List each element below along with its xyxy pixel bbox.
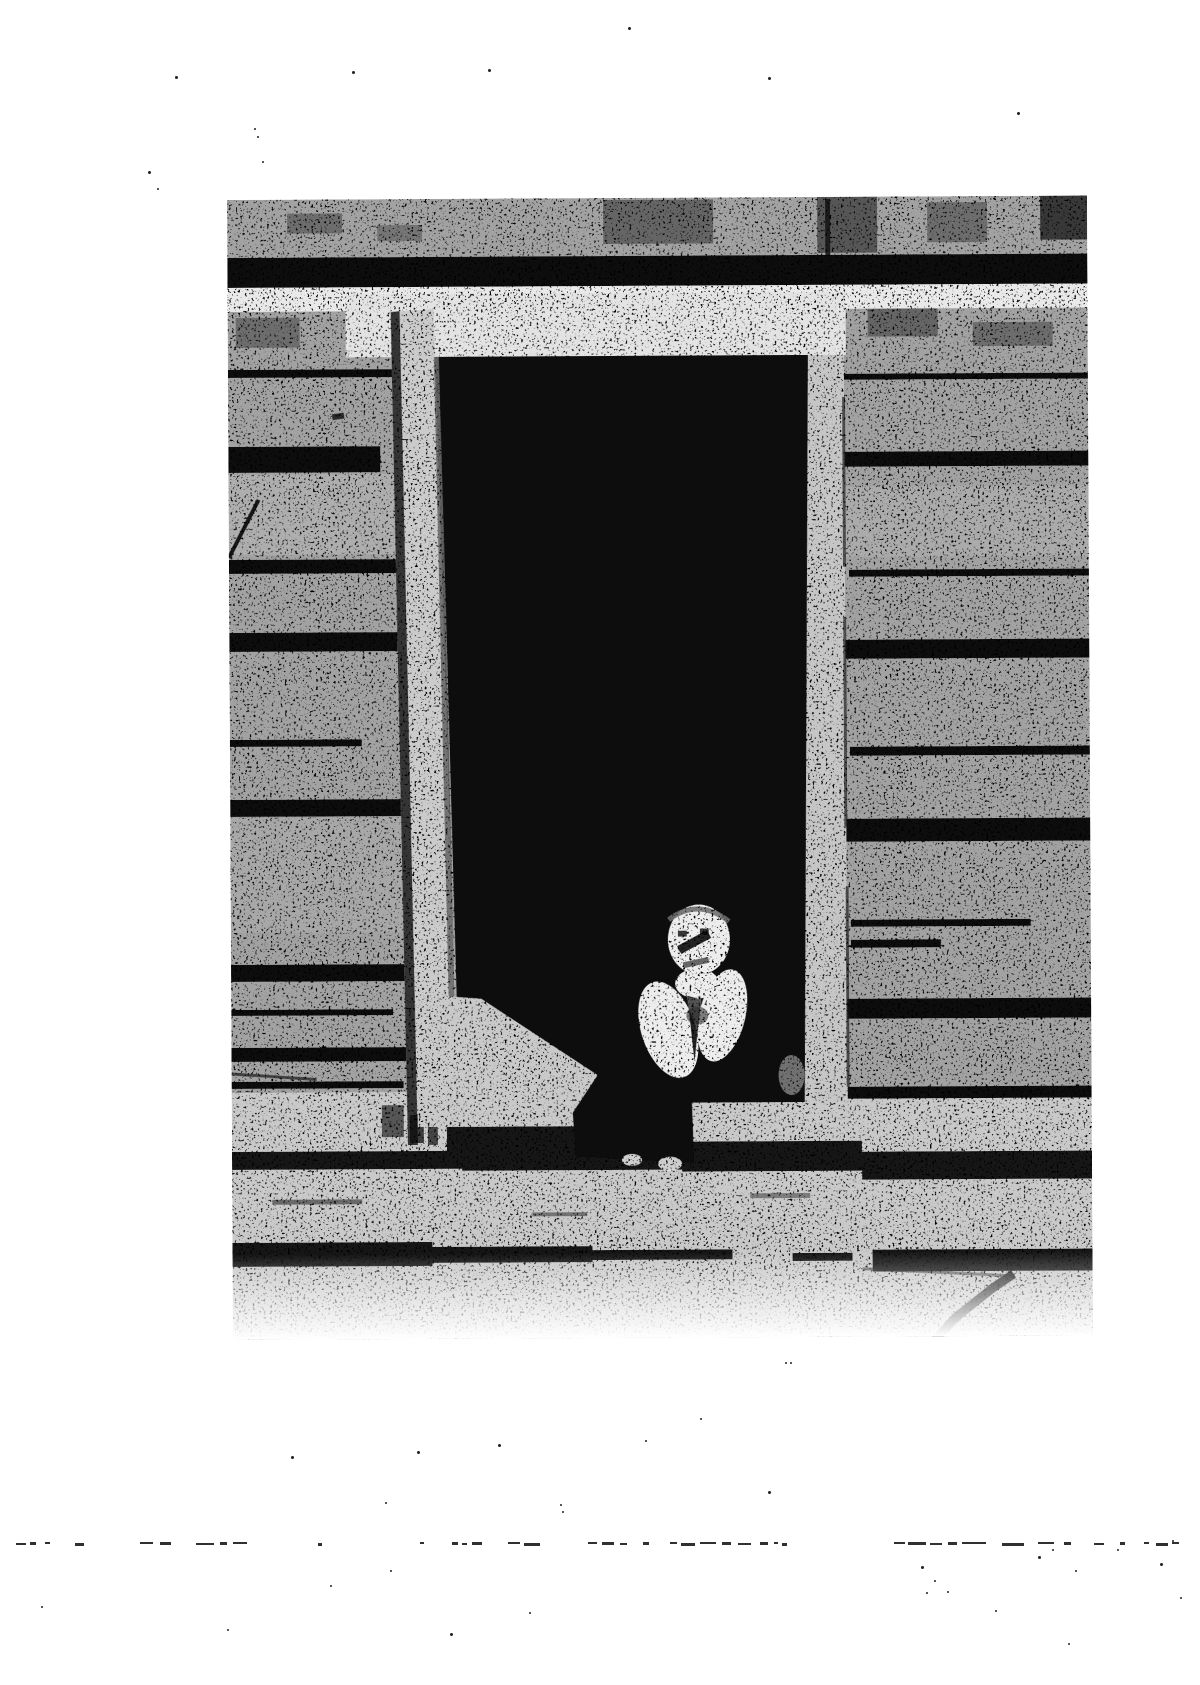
wall-dark-patch: [868, 308, 938, 336]
wall-dark-patch: [236, 318, 300, 348]
door-right-jamb: [801, 355, 848, 1102]
scan-dashed-line-segment: [16, 1543, 26, 1545]
doorway-dark: [439, 355, 812, 1104]
scan-dashed-line-segment: [233, 1542, 247, 1544]
scan-speck: [1017, 112, 1020, 115]
scan-speck: [1075, 1570, 1077, 1572]
chink-band: [849, 568, 1089, 576]
scan-dashed-line-segment: [1094, 1543, 1104, 1545]
scan-speck: [529, 1612, 531, 1614]
ground-shadow-band: [862, 1150, 1092, 1179]
scan-dashed-line-segment: [930, 1543, 942, 1545]
halftone-photograph: [227, 195, 1093, 1339]
scan-speck: [768, 77, 771, 80]
chink-band: [228, 446, 380, 473]
scan-speck: [262, 161, 264, 163]
chink-band: [232, 1081, 404, 1089]
threshold-shadow: [572, 1098, 694, 1164]
scan-speck: [390, 1570, 392, 1572]
scan-dashed-line-segment: [1064, 1542, 1071, 1545]
scan-dashed-line-segment: [1120, 1542, 1125, 1545]
scan-speck: [700, 1418, 702, 1420]
scan-speck: [1117, 1549, 1119, 1551]
chink-band: [842, 638, 1089, 658]
chink-band: [231, 1047, 419, 1062]
scan-speck: [947, 1591, 949, 1593]
wall-dark-patch: [1040, 195, 1087, 239]
chink-band: [844, 997, 1091, 1018]
chink-band: [841, 450, 1088, 466]
chink-band: [231, 964, 413, 982]
scan-dashed-line-segment: [75, 1543, 84, 1546]
scan-speck: [790, 1362, 792, 1364]
scan-dashed-line-segment: [1172, 1542, 1179, 1544]
scan-speck: [254, 128, 256, 130]
scan-dashed-line-segment: [602, 1542, 614, 1545]
scan-speck: [628, 27, 631, 30]
scan-speck: [768, 1491, 771, 1494]
scan-dashed-line-segment: [1144, 1542, 1149, 1544]
child-torso-shadow: [686, 1006, 708, 1024]
scan-dashed-line-segment: [452, 1542, 458, 1545]
scan-dashed-line-segment: [45, 1542, 50, 1544]
scan-speck: [148, 171, 151, 174]
scan-dashed-line-segment: [738, 1543, 751, 1545]
child-foot: [622, 1154, 642, 1166]
ground-mark: [272, 1199, 362, 1204]
scan-dashed-line-segment: [318, 1543, 322, 1546]
scan-speck: [921, 1566, 924, 1569]
scanned-page: [0, 0, 1200, 1685]
chink-band: [848, 1085, 1092, 1098]
chink-band: [843, 817, 1090, 841]
scan-dashed-line-segment: [1156, 1543, 1168, 1546]
scan-speck: [926, 1592, 928, 1594]
wall-dark-patch: [603, 199, 713, 244]
scan-dashed-line-segment: [472, 1542, 482, 1545]
chink-band: [230, 799, 410, 817]
scan-dashed-line-segment: [1002, 1543, 1024, 1546]
scan-speck: [1052, 1549, 1054, 1551]
scan-dashed-line-segment: [774, 1542, 778, 1544]
scan-speck: [352, 71, 355, 74]
chink-band: [851, 939, 941, 947]
scan-dashed-line-segment: [722, 1542, 731, 1545]
log-crack: [825, 199, 830, 257]
door-foot-shadow: [428, 1127, 438, 1145]
scan-speck: [330, 1585, 332, 1587]
child-hands: [675, 968, 719, 998]
scan-speck: [785, 1362, 787, 1364]
scan-dashed-line-segment: [894, 1542, 905, 1544]
log-face-highlight: [845, 485, 1089, 556]
scan-dashed-line-segment: [420, 1542, 424, 1544]
wall-dark-patch: [287, 213, 342, 233]
scan-speck: [227, 1629, 229, 1631]
scan-dashed-line-segment: [196, 1543, 214, 1545]
chink-band-top: [227, 253, 1087, 288]
scan-dashed-line-segment: [620, 1543, 627, 1545]
wall-dark-patch: [927, 202, 987, 242]
scan-speck: [257, 136, 259, 138]
scan-speck: [645, 1440, 647, 1442]
scan-speck: [417, 1451, 420, 1454]
chink-band: [231, 1009, 393, 1016]
scan-dashed-line-segment: [643, 1542, 649, 1545]
scan-dashed-line-segment: [1038, 1542, 1054, 1544]
photo-bottom-fade: [233, 1250, 1093, 1340]
scan-dashed-line-segment: [962, 1542, 986, 1544]
chink-band: [230, 739, 362, 747]
wall-dark-patch: [973, 322, 1053, 346]
scan-speck: [385, 1502, 387, 1504]
scan-dashed-line-segment: [760, 1542, 768, 1545]
ground-shadow-band: [682, 1141, 862, 1172]
scan-dashed-line-segment: [908, 1542, 926, 1545]
scan-speck: [1160, 1563, 1163, 1566]
wall-dark-patch: [377, 225, 422, 241]
scan-speck: [934, 1580, 936, 1582]
ground-mark: [750, 1193, 810, 1198]
chink-band: [850, 745, 1090, 755]
scan-dashed-line-segment: [524, 1543, 540, 1546]
child-eye: [678, 931, 687, 937]
ground-shadow-band: [232, 1151, 462, 1170]
scan-dashed-line-segment: [30, 1542, 36, 1545]
log-face-highlight: [230, 817, 426, 933]
chink-band: [851, 919, 1031, 927]
scan-dashed-line-segment: [140, 1542, 153, 1544]
scan-dashed-line-segment: [220, 1542, 227, 1545]
scan-speck: [1038, 1556, 1041, 1559]
door-foot-shadow: [382, 1105, 404, 1137]
scan-speck: [498, 1444, 501, 1447]
scan-dashed-line-segment: [700, 1542, 716, 1544]
scan-dashed-line-segment: [681, 1543, 695, 1546]
scan-speck: [562, 1511, 564, 1513]
scan-dashed-line-segment: [670, 1542, 677, 1544]
scan-speck: [995, 1610, 997, 1612]
scan-speck: [450, 1633, 453, 1636]
scan-speck: [1180, 1597, 1182, 1599]
chink-band: [229, 632, 404, 652]
scan-speck: [291, 1456, 294, 1459]
scan-dashed-line-segment: [462, 1543, 467, 1545]
light-patch: [778, 1055, 804, 1095]
chink-band: [229, 559, 397, 574]
scan-speck: [488, 69, 491, 72]
scan-speck: [560, 1504, 562, 1506]
scan-dashed-line-segment: [508, 1542, 520, 1544]
child-eye: [700, 928, 709, 934]
scan-dashed-line-segment: [948, 1542, 957, 1545]
scan-dashed-line-segment: [782, 1543, 787, 1546]
scan-speck: [41, 1606, 43, 1608]
scan-speck: [175, 76, 178, 79]
child-foot: [658, 1157, 682, 1171]
scan-dashed-line-segment: [160, 1542, 171, 1545]
ground-mark: [532, 1212, 587, 1216]
photo-canvas: [227, 195, 1093, 1339]
chink-band: [228, 369, 410, 378]
scan-dashed-line-segment: [588, 1542, 597, 1544]
scan-speck: [157, 188, 159, 190]
scan-speck: [1068, 1643, 1070, 1645]
